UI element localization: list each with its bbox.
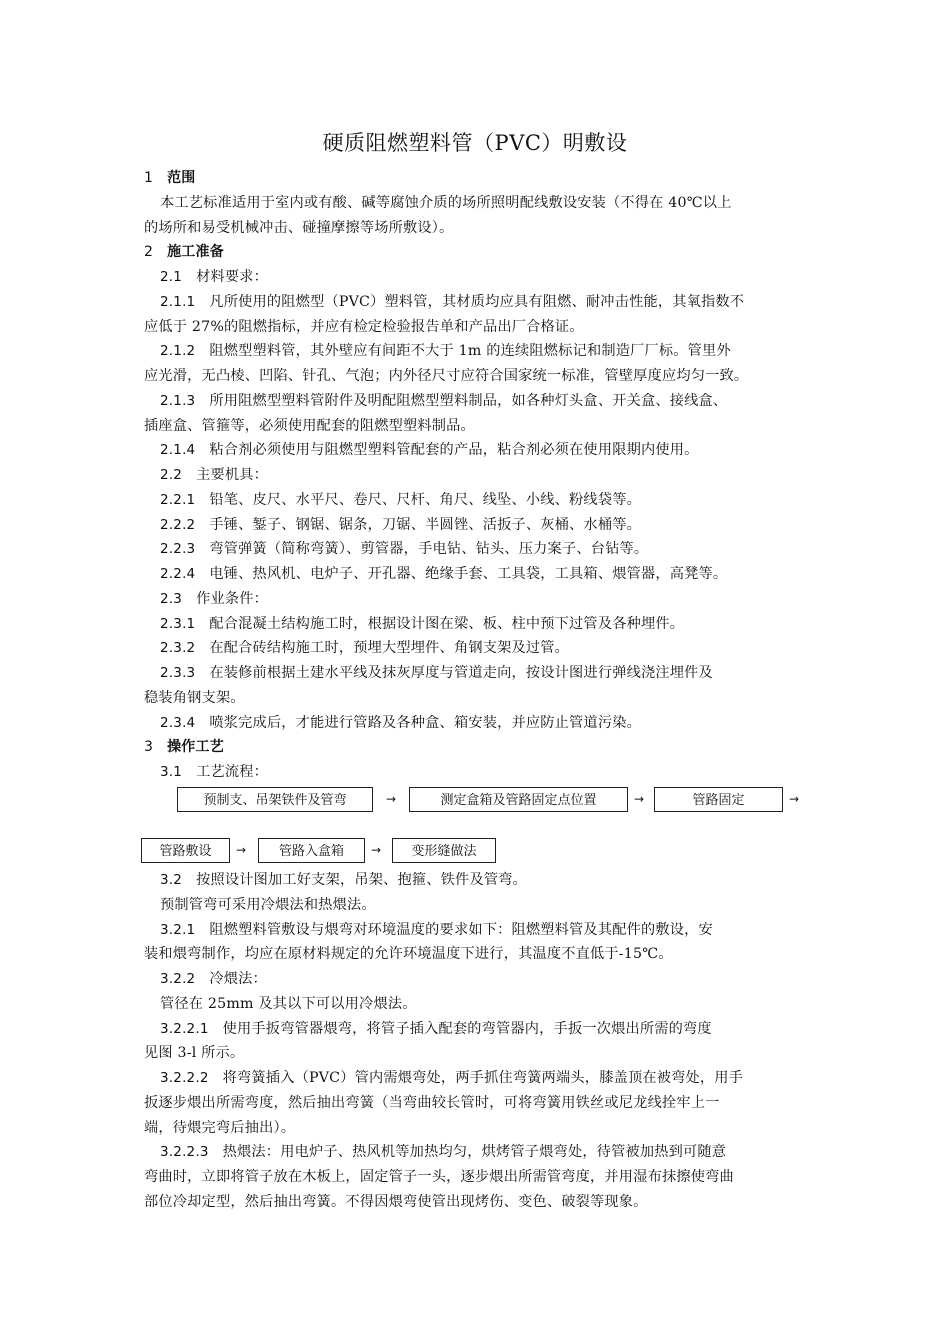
flow-step-4: 管路敷设 [141,838,230,863]
line-text: 阻燃型塑料管，其外壁应有间距不大于 1m 的连续阻燃标记和制造厂厂标。管里外 [209,343,730,359]
line-text: 施工准备 [167,244,224,260]
paragraph-line: 弯曲时，立即将管子放在木板上，固定管子一头，逐步煨出所需管弯度，并用湿布抹擦使弯… [144,1165,808,1190]
clause-number: 2.2.3 [160,541,195,557]
arrow-icon: → [789,787,799,812]
clause-number: 2.3 [160,591,182,607]
paragraph-line: 扳逐步煨出所需弯度，然后抽出弯簧（当弯曲较长管时，可将弯簧用铁丝或尼龙线拴牢上一 [144,1091,808,1116]
clause-number: 3.2.2 [160,971,195,987]
paragraph-line: 2.2.3弯管弹簧（简称弯簧）、剪管器，手电钻、钻头、压力案子、台钻等。 [144,537,824,562]
clause-number: 2.1 [160,269,182,285]
paragraph-line: 见图 3-l 所示。 [144,1041,808,1066]
line-text: 应低于 27%的阻燃指标，并应有检定检验报告单和产品出厂合格证。 [144,319,584,335]
section-heading: 3操作工艺 [144,735,808,760]
clause-number: 3.2.2.1 [160,1021,209,1037]
paragraph-line: 3.1工艺流程： [144,760,824,785]
arrow-icon: → [371,838,381,863]
paragraph-line: 稳装角钢支架。 [144,686,808,711]
line-text: 铅笔、皮尺、水平尺、卷尺、尺杆、角尺、线坠、小线、粉线袋等。 [209,492,641,508]
arrow-icon: → [634,787,644,812]
line-text: 稳装角钢支架。 [144,690,245,706]
section-heading: 2施工准备 [144,240,808,265]
line-text: 弯曲时，立即将管子放在木板上，固定管子一头，逐步煨出所需管弯度，并用湿布抹擦使弯… [144,1169,734,1185]
paragraph-line: 3.2.1阻燃塑料管敷设与煨弯对环境温度的要求如下：阻燃塑料管及其配件的敷设，安 [144,918,824,943]
line-text: 将弯簧插入（PVC）管内需煨弯处，两手抓住弯簧两端头，膝盖顶在被弯处，用手 [223,1070,743,1086]
line-text: 装和煨弯制作，均应在原材料规定的允许环境温度下进行，其温度不直低于-15℃。 [144,946,673,962]
clause-number: 2.1.1 [160,294,195,310]
section-heading: 1范围 [144,166,808,191]
paragraph-line: 应低于 27%的阻燃指标，并应有检定检验报告单和产品出厂合格证。 [144,315,808,340]
line-text: 阻燃塑料管敷设与煨弯对环境温度的要求如下：阻燃塑料管及其配件的敷设，安 [209,922,713,938]
clause-number: 2.3.1 [160,616,195,632]
paragraph-line: 装和煨弯制作，均应在原材料规定的允许环境温度下进行，其温度不直低于-15℃。 [144,942,808,967]
line-text: 本工艺标准适用于室内或有酸、碱等腐蚀介质的场所照明配线敷设安装（不得在 40℃以… [160,195,732,211]
paragraph-line: 2.1.3所用阻燃型塑料管附件及明配阻燃型塑料制品，如各种灯头盒、开关盒、接线盒… [144,389,824,414]
line-text: 的场所和易受机械冲击、碰撞摩擦等场所敷设）。 [144,220,453,236]
line-text: 部位冷却定型，然后抽出弯簧。不得因煨弯使管出现烤伤、变色、破裂等现象。 [144,1194,648,1210]
line-text: 主要机具： [196,467,268,483]
paragraph-line: 3.2.2.3热煨法：用电炉子、热风机等加热均匀，烘烤管子煨弯处，待管被加热到可… [144,1140,824,1165]
flow-step-6: 变形缝做法 [392,838,496,863]
clause-number: 3.2.1 [160,922,195,938]
clause-number: 2.2.2 [160,517,195,533]
paragraph-line: 本工艺标准适用于室内或有酸、碱等腐蚀介质的场所照明配线敷设安装（不得在 40℃以… [144,191,824,216]
clause-number: 2.2 [160,467,182,483]
line-text: 操作工艺 [167,739,224,755]
clause-number: 2.3.3 [160,665,195,681]
paragraph-line: 应光滑，无凸棱、凹陷、针孔、气泡；内外径尺寸应符合国家统一标准，管壁厚度应均匀一… [144,364,808,389]
paragraph-line: 2.1.2阻燃型塑料管，其外壁应有间距不大于 1m 的连续阻燃标记和制造厂厂标。… [144,339,824,364]
line-text: 所用阻燃型塑料管附件及明配阻燃型塑料制品，如各种灯头盒、开关盒、接线盒、 [209,393,727,409]
line-text: 预制管弯可采用冷煨法和热煨法。 [160,897,376,913]
paragraph-line: 部位冷却定型，然后抽出弯簧。不得因煨弯使管出现烤伤、变色、破裂等现象。 [144,1190,808,1215]
clause-number: 3.2.2.2 [160,1070,209,1086]
paragraph-line: 2.1.4粘合剂必须使用与阻燃型塑料管配套的产品，粘合剂必须在使用限期内使用。 [144,438,824,463]
paragraph-line: 3.2.2.2将弯簧插入（PVC）管内需煨弯处，两手抓住弯簧两端头，膝盖顶在被弯… [144,1066,824,1091]
paragraph-line: 2.2.2手锤、錾子、钢锯、锯条，刀锯、半圆锉、活扳子、灰桶、水桶等。 [144,513,824,538]
paragraph-line: 2.2.4电锤、热风机、电炉子、开孔器、绝缘手套、工具袋，工具箱、煨管器，高凳等… [144,562,824,587]
paragraph-line: 管径在 25mm 及其以下可以用冷煨法。 [144,992,824,1017]
arrow-icon: → [386,787,396,812]
line-text: 端，待煨完弯后抽出）。 [144,1120,295,1136]
line-text: 手锤、錾子、钢锯、锯条，刀锯、半圆锉、活扳子、灰桶、水桶等。 [209,517,641,533]
line-text: 电锤、热风机、电炉子、开孔器、绝缘手套、工具袋，工具箱、煨管器，高凳等。 [209,566,727,582]
paragraph-line: 3.2.2冷煨法： [144,967,824,992]
document-page: 硬质阻燃塑料管（PVC）明敷设 1范围本工艺标准适用于室内或有酸、碱等腐蚀介质的… [0,0,950,1344]
line-text: 在配合砖结构施工时，预埋大型埋件、角钢支架及过管。 [209,640,569,656]
line-text: 材料要求： [196,269,268,285]
flow-step-2: 测定盒箱及管路固定点位置 [409,787,628,812]
line-text: 在装修前根据土建水平线及抹灰厚度与管道走向，按设计图进行弹线浇注埋件及 [209,665,713,681]
paragraph-line: 2.2.1铅笔、皮尺、水平尺、卷尺、尺杆、角尺、线坠、小线、粉线袋等。 [144,488,824,513]
paragraph-line: 预制管弯可采用冷煨法和热煨法。 [144,893,824,918]
line-text: 使用手扳弯管器煨弯，将管子插入配套的弯管器内，手扳一次煨出所需的弯度 [223,1021,712,1037]
paragraph-line: 2.3.3在装修前根据土建水平线及抹灰厚度与管道走向，按设计图进行弹线浇注埋件及 [144,661,824,686]
line-text: 管径在 25mm 及其以下可以用冷煨法。 [160,996,417,1012]
line-text: 插座盒、管箍等，必须使用配套的阻燃型塑料制品。 [144,418,475,434]
paragraph-line: 的场所和易受机械冲击、碰撞摩擦等场所敷设）。 [144,216,808,241]
paragraph-line: 3.2.2.1使用手扳弯管器煨弯，将管子插入配套的弯管器内，手扳一次煨出所需的弯… [144,1017,824,1042]
clause-number: 3.1 [160,764,182,780]
paragraph-line: 2.3.1配合混凝土结构施工时，根据设计图在梁、板、柱中预下过管及各种埋件。 [144,612,824,637]
paragraph-line: 插座盒、管箍等，必须使用配套的阻燃型塑料制品。 [144,414,808,439]
line-text: 喷浆完成后，才能进行管路及各种盒、箱安装，并应防止管道污染。 [209,715,641,731]
clause-number: 2.2.1 [160,492,195,508]
line-text: 粘合剂必须使用与阻燃型塑料管配套的产品，粘合剂必须在使用限期内使用。 [209,442,698,458]
line-text: 作业条件： [196,591,268,607]
clause-number: 2.1.2 [160,343,195,359]
paragraph-line: 2.3.4喷浆完成后，才能进行管路及各种盒、箱安装，并应防止管道污染。 [144,711,824,736]
paragraph-line: 2.2主要机具： [144,463,824,488]
clause-number: 3.2 [160,872,182,888]
paragraph-line: 端，待煨完弯后抽出）。 [144,1116,808,1141]
line-text: 配合混凝土结构施工时，根据设计图在梁、板、柱中预下过管及各种埋件。 [209,616,684,632]
paragraph-line: 3.2按照设计图加工好支架，吊架、抱箍、铁件及管弯。 [144,868,824,893]
document-title: 硬质阻燃塑料管（PVC）明敷设 [0,127,950,157]
paragraph-line: 2.3作业条件： [144,587,824,612]
line-text: 热煨法：用电炉子、热风机等加热均匀，烘烤管子煨弯处，待管被加热到可随意 [223,1144,727,1160]
line-text: 扳逐步煨出所需弯度，然后抽出弯簧（当弯曲较长管时，可将弯簧用铁丝或尼龙线拴牢上一 [144,1095,720,1111]
line-text: 冷煨法： [209,971,267,987]
paragraph-line: 2.1.1凡所使用的阻燃型（PVC）塑料管，其材质均应具有阻燃、耐冲击性能，其氧… [144,290,824,315]
clause-number: 2.1.4 [160,442,195,458]
clause-number: 2.3.2 [160,640,195,656]
flow-step-1: 预制支、吊架铁件及管弯 [177,787,373,812]
line-text: 弯管弹簧（简称弯簧）、剪管器，手电钻、钻头、压力案子、台钻等。 [209,541,648,557]
paragraph-line: 2.3.2在配合砖结构施工时，预埋大型埋件、角钢支架及过管。 [144,636,824,661]
clause-number: 3.2.2.3 [160,1144,209,1160]
clause-number: 2.2.4 [160,566,195,582]
flow-step-3: 管路固定 [654,787,783,812]
line-text: 工艺流程： [196,764,268,780]
clause-number: 1 [144,170,153,186]
line-text: 范围 [167,170,195,186]
clause-number: 2 [144,244,153,260]
clause-number: 2.1.3 [160,393,195,409]
line-text: 应光滑，无凸棱、凹陷、针孔、气泡；内外径尺寸应符合国家统一标准，管壁厚度应均匀一… [144,368,748,384]
clause-number: 2.3.4 [160,715,195,731]
line-text: 按照设计图加工好支架，吊架、抱箍、铁件及管弯。 [196,872,527,888]
line-text: 见图 3-l 所示。 [144,1045,244,1061]
clause-number: 3 [144,739,153,755]
paragraph-line: 2.1材料要求： [144,265,824,290]
line-text: 凡所使用的阻燃型（PVC）塑料管，其材质均应具有阻燃、耐冲击性能，其氧指数不 [209,294,744,310]
arrow-icon: → [236,838,246,863]
flow-step-5: 管路入盒箱 [258,838,365,863]
